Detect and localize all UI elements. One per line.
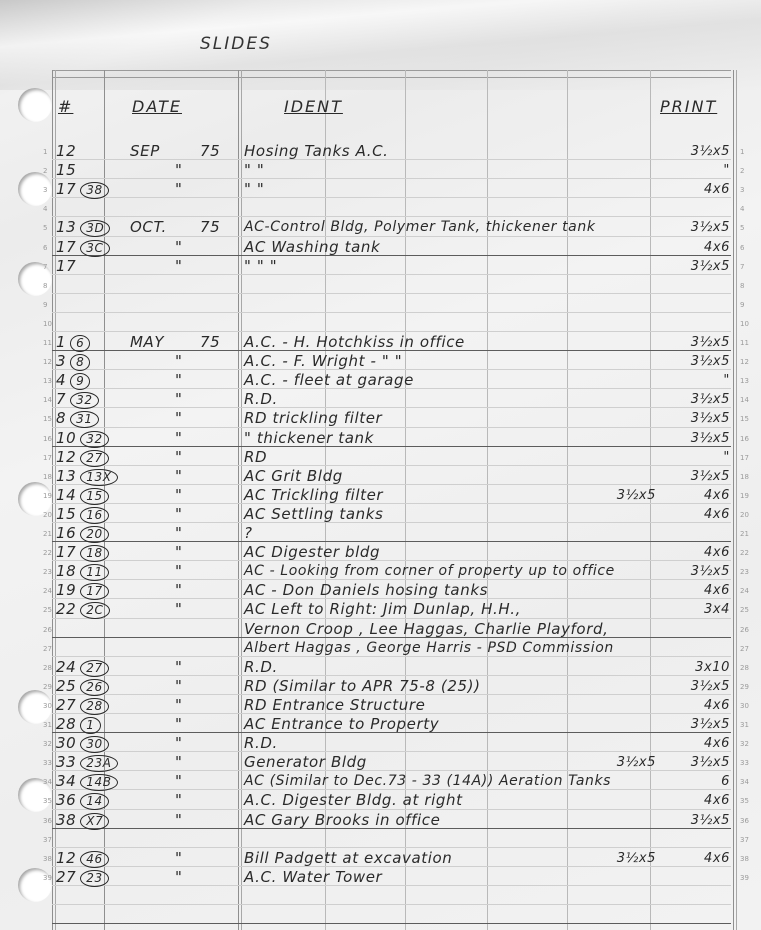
slide-number: 17 (56, 257, 76, 276)
row-rule (52, 904, 731, 905)
line-number: 6 (740, 244, 744, 252)
date-ditto: " (175, 505, 183, 524)
date-ditto: " (175, 467, 183, 486)
ident-text: AC Washing tank (244, 238, 380, 257)
print-size: 3½x5 (650, 352, 730, 371)
circled-reference: 15 (80, 488, 108, 505)
row-rule (52, 446, 731, 447)
date-ditto: " (175, 772, 183, 791)
ident-text: AC (Similar to Dec.73 - 33 (14A)) Aerati… (244, 772, 611, 791)
line-number: 17 (43, 454, 52, 462)
row-rule (52, 465, 731, 466)
line-number: 22 (740, 549, 749, 557)
ident-text: AC-Control Bldg, Polymer Tank, thickener… (244, 218, 596, 237)
date-ditto: " (175, 257, 183, 276)
line-number: 20 (740, 511, 749, 519)
print-size: 4x6 (650, 238, 730, 257)
slide-number: 1738 (56, 180, 109, 199)
ident-text: " " (244, 161, 264, 180)
date-ditto: " (175, 524, 183, 543)
line-number: 25 (740, 606, 749, 614)
line-number: 14 (740, 396, 749, 404)
row-rule (52, 484, 731, 485)
line-number: 7 (43, 263, 47, 271)
print-size: " (650, 371, 730, 390)
line-number: 20 (43, 511, 52, 519)
line-number: 34 (740, 778, 749, 786)
circled-reference: 27 (80, 450, 108, 467)
date-year: 75 (200, 218, 220, 237)
line-number: 7 (740, 263, 744, 271)
slide-number: 1227 (56, 448, 109, 467)
header-date: DATE (132, 97, 182, 116)
line-number: 19 (43, 492, 52, 500)
line-number: 12 (43, 358, 52, 366)
line-number: 35 (43, 797, 52, 805)
ident-text: AC Settling tanks (244, 505, 383, 524)
ident-text: AC Left to Right: Jim Dunlap, H.H., (244, 600, 521, 619)
slide-number: 1313X (56, 467, 118, 486)
line-number: 11 (43, 339, 52, 347)
slide-number: 1917 (56, 581, 109, 600)
circled-reference: 23 (80, 870, 108, 887)
print-size: 3½x5 (650, 257, 730, 276)
circled-reference: 20 (80, 526, 108, 543)
row-rule (52, 751, 731, 752)
date-ditto: " (175, 715, 183, 734)
line-number: 13 (43, 377, 52, 385)
date-ditto: " (175, 180, 183, 199)
line-number: 22 (43, 549, 52, 557)
slide-number: 3323A (56, 753, 118, 772)
date-year: 75 (200, 142, 220, 161)
print-size: 4x6 (650, 581, 730, 600)
date-ditto: " (175, 868, 183, 887)
line-number: 13 (740, 377, 749, 385)
slide-number: 831 (56, 409, 99, 428)
row-rule (52, 847, 731, 848)
ident-text: " " " (244, 257, 277, 276)
line-number: 27 (740, 645, 749, 653)
print-size: 3½x5 (650, 811, 730, 830)
slide-number: 173C (56, 238, 110, 257)
ident-text: R.D. (244, 390, 278, 409)
line-number: 28 (43, 664, 52, 672)
print-size: 3½x5 (650, 467, 730, 486)
column-rule (733, 70, 734, 930)
line-number: 33 (740, 759, 749, 767)
column-rule (52, 70, 53, 930)
slide-number: 2728 (56, 696, 109, 715)
row-rule (52, 178, 731, 179)
print-size: 3½x5 (650, 333, 730, 352)
circled-reference: 1 (80, 717, 100, 734)
line-number: 2 (740, 167, 744, 175)
print-size: 4x6 (650, 849, 730, 868)
ident-text: " thickener tank (244, 429, 374, 448)
line-number: 4 (740, 205, 744, 213)
line-number: 1 (740, 148, 744, 156)
print-size: 4x6 (650, 696, 730, 715)
date-month: MAY (130, 333, 164, 352)
slide-number: 1718 (56, 543, 109, 562)
header-ident: IDENT (284, 97, 343, 116)
line-number: 18 (740, 473, 749, 481)
header-print: PRINT (660, 97, 717, 116)
print-size: 4x6 (650, 791, 730, 810)
circled-reference: 31 (70, 411, 98, 428)
ident-text: RD trickling filter (244, 409, 382, 428)
ident-text: Vernon Croop , Lee Haggas, Charlie Playf… (244, 620, 608, 639)
circled-reference: 32 (70, 392, 98, 409)
row-rule (52, 255, 731, 256)
line-number: 28 (740, 664, 749, 672)
line-number: 19 (740, 492, 749, 500)
slide-number: 133D (56, 218, 110, 237)
line-number: 3 (43, 186, 47, 194)
line-number: 9 (43, 301, 47, 309)
ident-text: Bill Padgett at excavation (244, 849, 452, 868)
line-number: 18 (43, 473, 52, 481)
line-number: 23 (740, 568, 749, 576)
ident-text: A.C. - H. Hotchkiss in office (244, 333, 465, 352)
ident-text: Hosing Tanks A.C. (244, 142, 389, 161)
print-size: 3½x5 (650, 142, 730, 161)
date-ditto: " (175, 811, 183, 830)
row-rule (52, 885, 731, 886)
line-number: 8 (740, 282, 744, 290)
line-number: 1 (43, 148, 47, 156)
line-number: 26 (740, 626, 749, 634)
line-number: 24 (740, 587, 749, 595)
row-rule (52, 293, 731, 294)
slide-number: 1811 (56, 562, 109, 581)
date-ditto: " (175, 791, 183, 810)
line-number: 32 (740, 740, 749, 748)
column-rule (567, 70, 568, 930)
slide-number: 12 (56, 142, 76, 161)
line-number: 31 (43, 721, 52, 729)
line-number: 25 (43, 606, 52, 614)
print-size: 3½x5 (650, 715, 730, 734)
circled-reference: 8 (70, 354, 90, 371)
line-number: 38 (740, 855, 749, 863)
line-number: 30 (43, 702, 52, 710)
line-number: 2 (43, 167, 47, 175)
date-ditto: " (175, 352, 183, 371)
circled-reference: X7 (80, 813, 109, 830)
circled-reference: 3C (80, 240, 109, 257)
date-ditto: " (175, 581, 183, 600)
circled-reference: 13X (80, 469, 117, 486)
line-number: 38 (43, 855, 52, 863)
print-size: 4x6 (650, 505, 730, 524)
date-ditto: " (175, 448, 183, 467)
row-rule (52, 407, 731, 408)
line-number: 15 (43, 415, 52, 423)
row-rule (52, 197, 731, 198)
slide-number: 732 (56, 390, 99, 409)
print-size: " (650, 161, 730, 180)
date-ditto: " (175, 161, 183, 180)
date-ditto: " (175, 658, 183, 677)
date-ditto: " (175, 562, 183, 581)
ident-text: AC - Looking from corner of property up … (244, 562, 615, 581)
ident-text: R.D. (244, 734, 278, 753)
line-number: 37 (740, 836, 749, 844)
print-size: 3½x5 (650, 753, 730, 772)
circled-reference: 17 (80, 583, 108, 600)
slide-number: 2526 (56, 677, 109, 696)
row-rule (52, 427, 731, 428)
ident-text: R.D. (244, 658, 278, 677)
date-month: OCT. (130, 218, 167, 237)
date-ditto: " (175, 600, 183, 619)
line-number: 4 (43, 205, 47, 213)
date-ditto: " (175, 677, 183, 696)
date-ditto: " (175, 390, 183, 409)
ident-text: AC Trickling filter (244, 486, 383, 505)
circled-reference: 18 (80, 545, 108, 562)
print-size-alt: 3½x5 (596, 849, 656, 868)
ident-text: AC Gary Brooks in office (244, 811, 440, 830)
line-number: 11 (740, 339, 749, 347)
slide-number: 38 (56, 352, 90, 371)
column-rule (238, 70, 239, 930)
slide-number: 3614 (56, 791, 109, 810)
date-ditto: " (175, 238, 183, 257)
print-size: 4x6 (650, 734, 730, 753)
page-title: SLIDES (200, 34, 272, 54)
line-number: 35 (740, 797, 749, 805)
circled-reference: 3D (80, 220, 110, 237)
binder-hole (18, 88, 52, 122)
ledger-top-band (52, 70, 731, 78)
ident-text: AC Grit Bldg (244, 467, 343, 486)
circled-reference: 30 (80, 736, 108, 753)
print-size-alt: 3½x5 (596, 753, 656, 772)
ident-text: " " (244, 180, 264, 199)
print-size: 4x6 (650, 486, 730, 505)
line-number: 29 (740, 683, 749, 691)
slide-number: 1032 (56, 429, 109, 448)
circled-reference: 11 (80, 564, 108, 581)
row-rule (52, 522, 731, 523)
circled-reference: 32 (80, 431, 108, 448)
circled-reference: 27 (80, 660, 108, 677)
print-size: 4x6 (650, 180, 730, 199)
print-size: 3½x5 (650, 409, 730, 428)
ident-text: A.C. Digester Bldg. at right (244, 791, 463, 810)
line-number: 26 (43, 626, 52, 634)
line-number: 21 (740, 530, 749, 538)
line-number: 5 (740, 224, 744, 232)
print-size: 3½x5 (650, 390, 730, 409)
circled-reference: 23A (80, 755, 117, 772)
ident-text: AC - Don Daniels hosing tanks (244, 581, 488, 600)
date-month: SEP (130, 142, 160, 161)
slide-number: 15 (56, 161, 76, 180)
ident-text: A.C. Water Tower (244, 868, 382, 887)
slide-number: 2723 (56, 868, 109, 887)
print-size: 6 (650, 772, 730, 791)
slide-number: 222C (56, 600, 110, 619)
line-number: 21 (43, 530, 52, 538)
line-number: 24 (43, 587, 52, 595)
line-number: 30 (740, 702, 749, 710)
row-rule (52, 675, 731, 676)
circled-reference: 28 (80, 698, 108, 715)
circled-reference: 14 (80, 793, 108, 810)
column-rule (487, 70, 488, 930)
line-number: 37 (43, 836, 52, 844)
line-number: 27 (43, 645, 52, 653)
ident-text: Generator Bldg (244, 753, 367, 772)
row-rule (52, 560, 731, 561)
line-number: 31 (740, 721, 749, 729)
slide-number: 1415 (56, 486, 109, 505)
line-number: 15 (740, 415, 749, 423)
line-number: 16 (740, 435, 749, 443)
date-ditto: " (175, 543, 183, 562)
date-ditto: " (175, 409, 183, 428)
slide-number: 1516 (56, 505, 109, 524)
circled-reference: 14B (80, 774, 117, 791)
ident-text: RD (Similar to APR 75-8 (25)) (244, 677, 481, 696)
print-size: 3½x5 (650, 429, 730, 448)
row-rule (52, 274, 731, 275)
line-number: 17 (740, 454, 749, 462)
slide-number: 281 (56, 715, 101, 734)
line-number: 8 (43, 282, 47, 290)
print-size: 3½x5 (650, 562, 730, 581)
line-number: 9 (740, 301, 744, 309)
ident-text: RD (244, 448, 267, 467)
ident-text: RD Entrance Structure (244, 696, 425, 715)
line-number: 16 (43, 435, 52, 443)
circled-reference: 6 (70, 335, 90, 352)
print-size: " (650, 448, 730, 467)
line-number: 29 (43, 683, 52, 691)
slide-number: 3414B (56, 772, 118, 791)
date-ditto: " (175, 753, 183, 772)
date-year: 75 (200, 333, 220, 352)
date-ditto: " (175, 429, 183, 448)
line-number: 33 (43, 759, 52, 767)
line-number: 34 (43, 778, 52, 786)
row-rule (52, 541, 731, 542)
line-number: 36 (43, 817, 52, 825)
ident-text: ? (244, 524, 253, 543)
line-number: 10 (43, 320, 52, 328)
row-rule (52, 923, 731, 924)
print-size: 3½x5 (650, 677, 730, 696)
slide-number: 1620 (56, 524, 109, 543)
date-ditto: " (175, 486, 183, 505)
circled-reference: 46 (80, 851, 108, 868)
circled-reference: 2C (80, 602, 109, 619)
ident-text: A.C. - F. Wright - " " (244, 352, 402, 371)
date-ditto: " (175, 849, 183, 868)
slide-number: 1246 (56, 849, 109, 868)
print-size: 3x4 (650, 600, 730, 619)
circled-reference: 9 (70, 373, 90, 390)
line-number: 5 (43, 224, 47, 232)
line-number: 39 (740, 874, 749, 882)
ledger-sheet: SLIDES # DATE IDENT PRINT 1112SEP75Hosin… (0, 0, 761, 930)
circled-reference: 38 (80, 182, 108, 199)
ident-text: A.C. - fleet at garage (244, 371, 414, 390)
slide-number: 2427 (56, 658, 109, 677)
ident-text: AC Entrance to Property (244, 715, 439, 734)
slide-number: 3030 (56, 734, 109, 753)
line-number: 23 (43, 568, 52, 576)
line-number: 36 (740, 817, 749, 825)
line-number: 14 (43, 396, 52, 404)
row-rule (52, 331, 731, 332)
slide-number: 49 (56, 371, 90, 390)
date-ditto: " (175, 371, 183, 390)
date-ditto: " (175, 734, 183, 753)
line-number: 3 (740, 186, 744, 194)
print-size: 4x6 (650, 543, 730, 562)
circled-reference: 26 (80, 679, 108, 696)
row-rule (52, 216, 731, 217)
circled-reference: 16 (80, 507, 108, 524)
date-ditto: " (175, 696, 183, 715)
print-size: 3½x5 (650, 218, 730, 237)
print-size: 3x10 (650, 658, 730, 677)
line-number: 39 (43, 874, 52, 882)
line-number: 6 (43, 244, 47, 252)
print-size-alt: 3½x5 (596, 486, 656, 505)
slide-number: 16 (56, 333, 90, 352)
slide-number: 38X7 (56, 811, 109, 830)
header-number: # (58, 97, 73, 116)
ident-text: AC Digester bldg (244, 543, 380, 562)
line-number: 32 (43, 740, 52, 748)
row-rule (52, 312, 731, 313)
line-number: 12 (740, 358, 749, 366)
line-number: 10 (740, 320, 749, 328)
ident-text: Albert Haggas , George Harris - PSD Comm… (244, 639, 614, 658)
